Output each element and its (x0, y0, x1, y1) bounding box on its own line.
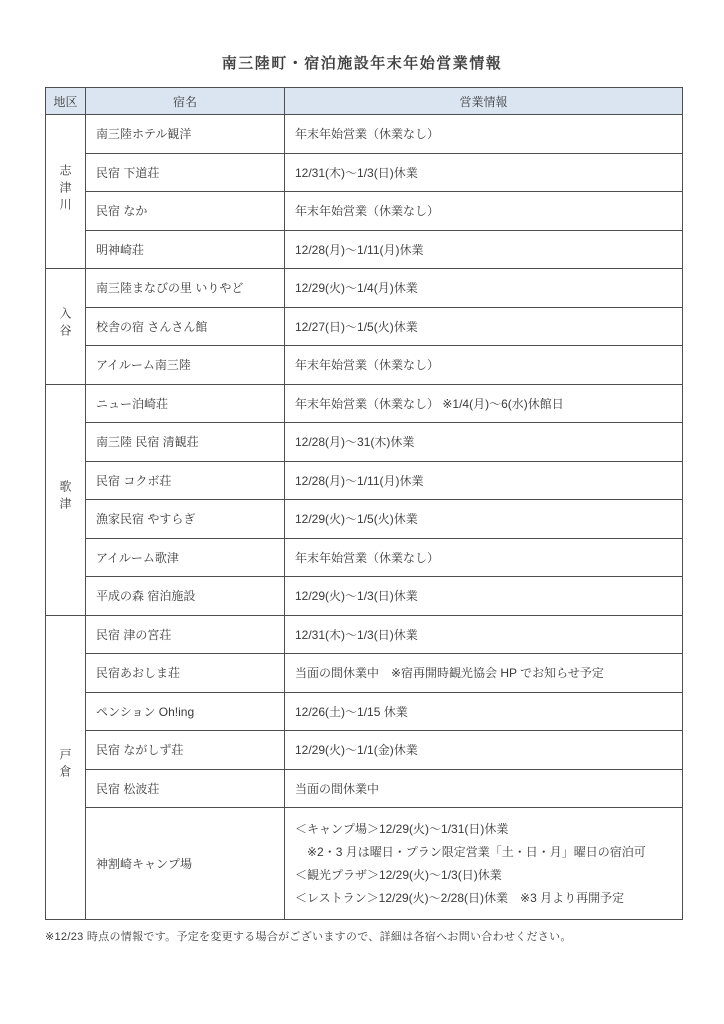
lodge-info: 年末年始営業（休業なし） (285, 538, 683, 577)
lodge-name: ニュー泊崎荘 (86, 384, 285, 423)
lodge-info: 12/31(木)～1/3(日)休業 (285, 615, 683, 654)
lodge-info: 12/31(木)～1/3(日)休業 (285, 153, 683, 192)
table-row: 民宿 なか 年末年始営業（休業なし） (46, 192, 683, 231)
table-row: 校舎の宿 さんさん館 12/27(日)～1/5(火)休業 (46, 307, 683, 346)
lodge-info: 12/27(日)～1/5(火)休業 (285, 307, 683, 346)
table-row: ペンション Oh!ing 12/26(土)～1/15 休業 (46, 692, 683, 731)
camp-info-line: ＜観光プラザ＞12/29(火)～1/3(日)休業 (295, 864, 676, 887)
header-info: 営業情報 (285, 88, 683, 115)
table-row: 志津川 南三陸ホテル観洋 年末年始営業（休業なし） (46, 115, 683, 154)
lodge-info: 12/29(火)～1/4(月)休業 (285, 269, 683, 308)
table-row: 民宿 下道荘 12/31(木)～1/3(日)休業 (46, 153, 683, 192)
page-title: 南三陸町・宿泊施設年末年始営業情報 (0, 0, 724, 73)
lodging-table: 地区 宿名 営業情報 志津川 南三陸ホテル観洋 年末年始営業（休業なし） 民宿 … (45, 87, 683, 920)
lodge-info: 12/29(火)～1/5(火)休業 (285, 500, 683, 539)
district-cell-shizugawa: 志津川 (46, 115, 86, 269)
lodge-info: 当面の間休業中 ※宿再開時観光協会 HP でお知らせ予定 (285, 654, 683, 693)
table-row: 明神崎荘 12/28(月)～1/11(月)休業 (46, 230, 683, 269)
lodge-name: 民宿 下道荘 (86, 153, 285, 192)
lodge-name: 民宿 松波荘 (86, 769, 285, 808)
district-cell-iriya: 入谷 (46, 269, 86, 385)
table-row: 平成の森 宿泊施設 12/29(火)～1/3(日)休業 (46, 577, 683, 616)
table-row: 民宿 ながしず荘 12/29(火)～1/1(金)休業 (46, 731, 683, 770)
lodge-name: 明神崎荘 (86, 230, 285, 269)
table-row: アイルーム歌津 年末年始営業（休業なし） (46, 538, 683, 577)
lodge-name: 民宿 ながしず荘 (86, 731, 285, 770)
lodge-name: 南三陸まなびの里 いりやど (86, 269, 285, 308)
table-row: 南三陸 民宿 清観荘 12/28(月)～31(木)休業 (46, 423, 683, 462)
lodge-name: 平成の森 宿泊施設 (86, 577, 285, 616)
camp-info-line: ＜レストラン＞12/29(火)～2/28(日)休業 ※3 月より再開予定 (295, 887, 676, 910)
lodge-name: 民宿 なか (86, 192, 285, 231)
table-header-row: 地区 宿名 営業情報 (46, 88, 683, 115)
table-row: 民宿 コクボ荘 12/28(月)～1/11(月)休業 (46, 461, 683, 500)
district-cell-utatsu: 歌津 (46, 384, 86, 615)
lodge-name: 神割崎キャンプ場 (86, 808, 285, 920)
lodge-info: 12/28(月)～1/11(月)休業 (285, 230, 683, 269)
table-row: 神割崎キャンプ場 ＜キャンプ場＞12/29(火)～1/31(日)休業 ※2・3 … (46, 808, 683, 920)
district-label: 歌津 (57, 480, 74, 514)
table-row: 民宿あおしま荘 当面の間休業中 ※宿再開時観光協会 HP でお知らせ予定 (46, 654, 683, 693)
district-label: 入谷 (57, 307, 74, 341)
lodge-info: 12/26(土)～1/15 休業 (285, 692, 683, 731)
lodge-info: 当面の間休業中 (285, 769, 683, 808)
lodge-info: 12/29(火)～1/1(金)休業 (285, 731, 683, 770)
table-row: 戸倉 民宿 津の宮荘 12/31(木)～1/3(日)休業 (46, 615, 683, 654)
lodge-name: 民宿 コクボ荘 (86, 461, 285, 500)
lodge-info: 12/29(火)～1/3(日)休業 (285, 577, 683, 616)
lodge-info: 年末年始営業（休業なし） ※1/4(月)～6(水)休館日 (285, 384, 683, 423)
district-cell-tokura: 戸倉 (46, 615, 86, 920)
camp-info-line: ※2・3 月は曜日・プラン限定営業「土・日・月」曜日の宿泊可 (295, 841, 676, 864)
table-row: 入谷 南三陸まなびの里 いりやど 12/29(火)～1/4(月)休業 (46, 269, 683, 308)
district-label: 戸倉 (57, 748, 74, 782)
lodge-name: 漁家民宿 やすらぎ (86, 500, 285, 539)
lodge-name: 民宿 津の宮荘 (86, 615, 285, 654)
lodge-name: アイルーム歌津 (86, 538, 285, 577)
footnote: ※12/23 時点の情報です。予定を変更する場合がございますので、詳細は各宿へお… (45, 928, 724, 944)
table-row: 漁家民宿 やすらぎ 12/29(火)～1/5(火)休業 (46, 500, 683, 539)
header-name: 宿名 (86, 88, 285, 115)
lodge-name: 校舎の宿 さんさん館 (86, 307, 285, 346)
document-page: 南三陸町・宿泊施設年末年始営業情報 地区 宿名 営業情報 志津川 南三陸ホテル観… (0, 0, 724, 1024)
lodge-info: 年末年始営業（休業なし） (285, 346, 683, 385)
lodge-name: 民宿あおしま荘 (86, 654, 285, 693)
lodge-info: 年末年始営業（休業なし） (285, 115, 683, 154)
lodge-name: アイルーム南三陸 (86, 346, 285, 385)
camp-info-line: ＜キャンプ場＞12/29(火)～1/31(日)休業 (295, 818, 676, 841)
district-label: 志津川 (57, 164, 74, 215)
table-row: 民宿 松波荘 当面の間休業中 (46, 769, 683, 808)
table-row: 歌津 ニュー泊崎荘 年末年始営業（休業なし） ※1/4(月)～6(水)休館日 (46, 384, 683, 423)
header-district: 地区 (46, 88, 86, 115)
lodge-name: 南三陸 民宿 清観荘 (86, 423, 285, 462)
lodge-info: 12/28(月)～1/11(月)休業 (285, 461, 683, 500)
lodge-name: 南三陸ホテル観洋 (86, 115, 285, 154)
lodge-info: ＜キャンプ場＞12/29(火)～1/31(日)休業 ※2・3 月は曜日・プラン限… (285, 808, 683, 920)
lodge-name: ペンション Oh!ing (86, 692, 285, 731)
lodge-info: 12/28(月)～31(木)休業 (285, 423, 683, 462)
lodge-info: 年末年始営業（休業なし） (285, 192, 683, 231)
table-row: アイルーム南三陸 年末年始営業（休業なし） (46, 346, 683, 385)
